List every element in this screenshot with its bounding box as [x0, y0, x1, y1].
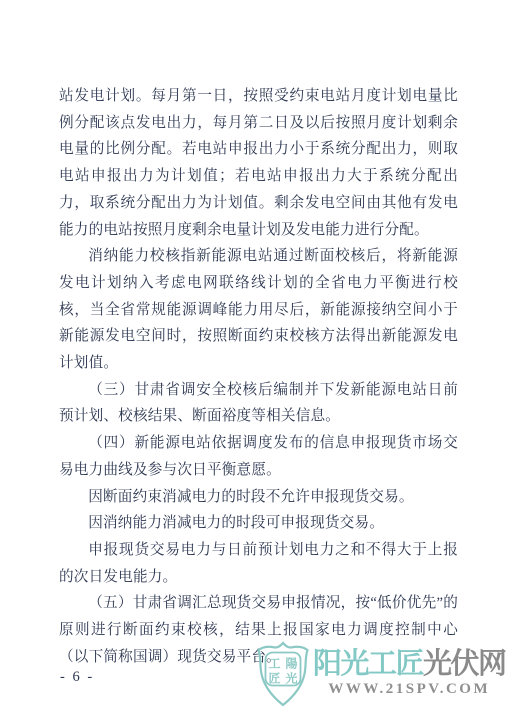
document-page: 站发电计划。每月第一日，按照受约束电站月度计划电量比例分配该点发电出力，每月第二…	[0, 0, 508, 725]
paragraph-6: 因消纳能力消减电力的时段可申报现货交易。	[59, 510, 458, 537]
shield-char-bottom-right: 光	[285, 671, 297, 686]
shield-char-top-right: 陽	[285, 656, 297, 671]
paragraph-1: 站发电计划。每月第一日，按照受约束电站月度计划电量比例分配该点发电出力，每月第二…	[59, 83, 458, 243]
page-number: - 6 -	[60, 669, 94, 686]
document-body: 站发电计划。每月第一日，按照受约束电站月度计划电量比例分配该点发电出力，每月第二…	[59, 83, 458, 670]
shield-char-bottom-left: 匠	[268, 671, 280, 686]
shield-char-top-left: 工	[268, 657, 280, 671]
watermark-brand-primary: 阳光工匠	[313, 648, 423, 680]
watermark-brand: 阳光工匠光伏网	[313, 649, 506, 679]
watermark-text-block: 阳光工匠光伏网 WWW.21SPV.COM	[313, 649, 506, 698]
watermark-brand-secondary: 光伏网	[423, 648, 506, 680]
paragraph-5: 因断面约束消减电力的时段不允许申报现货交易。	[59, 484, 458, 511]
shield-logo-icon: 工 陽 匠 光	[256, 641, 310, 707]
watermark-url: WWW.21SPV.COM	[313, 681, 506, 698]
site-watermark: 工 陽 匠 光 阳光工匠光伏网 WWW.21SPV.COM	[256, 641, 506, 707]
paragraph-4: （四）新能源电站依据调度发布的信息申报现货市场交易电力曲线及参与次日平衡意愿。	[59, 430, 458, 483]
paragraph-2: 消纳能力校核指新能源电站通过断面校核后，将新能源发电计划纳入考虑电网联络线计划的…	[59, 243, 458, 377]
paragraph-7: 申报现货交易电力与日前预计划电力之和不得大于上报的次日发电能力。	[59, 537, 458, 590]
paragraph-3: （三）甘肃省调安全校核后编制并下发新能源电站日前预计划、校核结果、断面裕度等相关…	[59, 377, 458, 430]
